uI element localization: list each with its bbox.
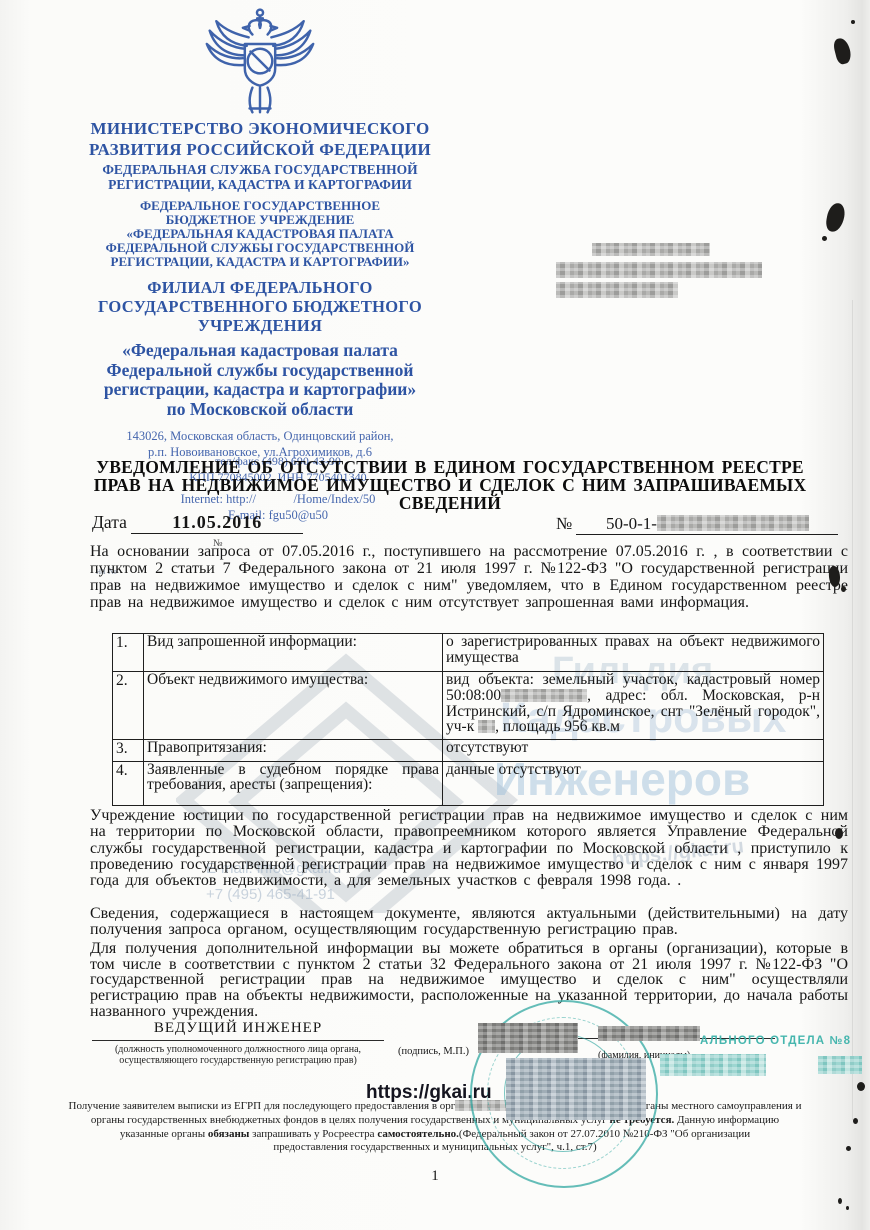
row4-label: Заявленные в судебном порядке права треб… bbox=[144, 762, 443, 806]
stamp-text-redacted-1 bbox=[660, 1054, 766, 1076]
row2-num: 2. bbox=[113, 672, 144, 740]
org-address-line1: 143026, Московская область, Одинцовский … bbox=[50, 429, 470, 445]
scan-ink-dot bbox=[822, 236, 827, 241]
cadastral-number-redacted bbox=[501, 689, 587, 702]
table-row: 2. Объект недвижимого имущества: вид объ… bbox=[113, 672, 824, 740]
date-label: Дата bbox=[92, 512, 127, 532]
scan-ink-dot bbox=[846, 1206, 849, 1210]
recipient-name-redacted bbox=[592, 243, 710, 256]
footnote-line2: органы государственных внебюджетных фонд… bbox=[40, 1114, 830, 1128]
scan-ink-blob bbox=[832, 37, 853, 66]
info-table: 1. Вид запрошенной информации: о зарегис… bbox=[112, 633, 824, 806]
scan-ink-dot bbox=[853, 1118, 858, 1124]
branch-line5: Федеральной службы государственной bbox=[50, 361, 470, 381]
footnote: Получение заявителем выписки из ЕГРП для… bbox=[40, 1100, 830, 1155]
watermark-site-bold: https://gkai.ru bbox=[366, 1082, 492, 1104]
row3-value: отсутствуют bbox=[443, 740, 824, 762]
date-row: Дата 11.05.2016 bbox=[92, 512, 303, 534]
document-title-line2: ПРАВ НА НЕДВИЖИМОЕ ИМУЩЕСТВО И СДЕЛОК С … bbox=[80, 476, 820, 494]
date-value: 11.05.2016 bbox=[131, 512, 303, 534]
stamp-side-text: АЛЬНОГО ОТДЕЛА №8 bbox=[700, 1035, 870, 1047]
row3-num: 3. bbox=[113, 740, 144, 762]
row2-value: вид объекта: земельный участок, кадастро… bbox=[443, 672, 824, 740]
recipient-address-redacted-2 bbox=[556, 282, 678, 298]
ministry-line2: РАЗВИТИЯ РОССИЙСКОЙ ФЕДЕРАЦИИ bbox=[50, 141, 470, 160]
russia-coat-of-arms-icon bbox=[202, 6, 318, 118]
number-label: № bbox=[556, 514, 572, 533]
branch-line2: ГОСУДАРСТВЕННОГО БЮДЖЕТНОГО bbox=[50, 297, 470, 316]
scan-ink-dot bbox=[857, 1082, 865, 1091]
row4-value: данные отсутствуют bbox=[443, 762, 824, 806]
paragraph-justice-institution: Учреждение юстиции по государственной ре… bbox=[90, 808, 848, 889]
ministry-line1: МИНИСТЕРСТВО ЭКОНОМИЧЕСКОГО bbox=[50, 120, 470, 139]
scan-ink-dot bbox=[838, 1198, 842, 1204]
number-value: 50-0-1- bbox=[606, 514, 657, 533]
letterhead: МИНИСТЕРСТВО ЭКОНОМИЧЕСКОГО РАЗВИТИЯ РОС… bbox=[50, 6, 470, 460]
branch-line3: УЧРЕЖДЕНИЯ bbox=[50, 316, 470, 335]
table-row: 1. Вид запрошенной информации: о зарегис… bbox=[113, 634, 824, 672]
table-row: 3. Правопритязания: отсутствуют bbox=[113, 740, 824, 762]
recipient-address-redacted-1 bbox=[556, 262, 762, 278]
branch-line4: «Федеральная кадастровая палата bbox=[50, 341, 470, 361]
row4-num: 4. bbox=[113, 762, 144, 806]
form-no-mark: № bbox=[213, 538, 223, 549]
fgu-line3: «ФЕДЕРАЛЬНАЯ КАДАСТРОВАЯ ПАЛАТА bbox=[50, 227, 470, 241]
document-title-line3: СВЕДЕНИЙ bbox=[80, 494, 820, 512]
fgu-line1: ФЕДЕРАЛЬНОЕ ГОСУДАРСТВЕННОЕ bbox=[50, 199, 470, 213]
branch-line1: ФИЛИАЛ ФЕДЕРАЛЬНОГО bbox=[50, 278, 470, 297]
plot-number-redacted bbox=[478, 720, 495, 733]
sign-caption: (подпись, М.П.) bbox=[398, 1046, 469, 1057]
fgu-line4: ФЕДЕРАЛЬНОЙ СЛУЖБЫ ГОСУДАРСТВЕННОЙ bbox=[50, 241, 470, 255]
signer-name-redacted bbox=[598, 1026, 700, 1041]
branch-line6: регистрации, кадастра и картографии» bbox=[50, 380, 470, 400]
paragraph-additional-info: Для получения дополнительной информации … bbox=[90, 941, 848, 1020]
footnote-line4: предоставления государственных и муницип… bbox=[40, 1141, 830, 1155]
signature-redacted bbox=[478, 1023, 578, 1053]
paragraph-actuality: Сведения, содержащиеся в настоящем докум… bbox=[90, 906, 848, 938]
row2-label: Объект недвижимого имущества: bbox=[144, 672, 443, 740]
scan-ink-dot bbox=[851, 20, 855, 24]
scan-crease bbox=[852, 300, 853, 1120]
scan-ink-dot bbox=[841, 586, 846, 592]
row1-label: Вид запрошенной информации: bbox=[144, 634, 443, 672]
position-caption: (должность уполномоченного должностного … bbox=[84, 1044, 392, 1066]
footnote-line3: указанные органы обязаны запрашивать у Р… bbox=[40, 1128, 830, 1142]
number-redacted bbox=[657, 515, 809, 531]
table-row: 4. Заявленные в судебном порядке права т… bbox=[113, 762, 824, 806]
scan-ink-dot bbox=[846, 1146, 851, 1151]
row3-label: Правопритязания: bbox=[144, 740, 443, 762]
scan-ink-dot bbox=[835, 828, 843, 839]
branch-line7: по Московской области bbox=[50, 400, 470, 420]
row1-value: о зарегистрированных правах на объект не… bbox=[443, 634, 824, 672]
document-title-line1: УВЕДОМЛЕНИЕ ОБ ОТСУТСТВИИ В ЕДИНОМ ГОСУД… bbox=[80, 458, 820, 476]
signer-position: ВЕДУЩИЙ ИНЖЕНЕР bbox=[92, 1020, 384, 1041]
fgu-line5: РЕГИСТРАЦИИ, КАДАСТРА И КАРТОГРАФИИ» bbox=[50, 255, 470, 269]
service-line1: ФЕДЕРАЛЬНАЯ СЛУЖБА ГОСУДАРСТВЕННОЙ bbox=[50, 163, 470, 178]
stamp-text-redacted-2 bbox=[818, 1056, 862, 1074]
fgu-line2: БЮДЖЕТНОЕ УЧРЕЖДЕНИЕ bbox=[50, 213, 470, 227]
service-line2: РЕГИСТРАЦИИ, КАДАСТРА И КАРТОГРАФИИ bbox=[50, 178, 470, 193]
row1-num: 1. bbox=[113, 634, 144, 672]
document-page: Гильдия Кадастровых Инженеров https://gk… bbox=[0, 0, 870, 1230]
intro-paragraph: На основании запроса от 07.05.2016 г., п… bbox=[90, 543, 848, 611]
page-number: 1 bbox=[0, 1168, 870, 1185]
document-title: УВЕДОМЛЕНИЕ ОБ ОТСУТСТВИИ В ЕДИНОМ ГОСУД… bbox=[80, 458, 820, 512]
stamp-center-redacted bbox=[506, 1058, 646, 1120]
number-row: № 50-0-1- bbox=[556, 514, 838, 535]
scan-ink-blob bbox=[825, 202, 847, 234]
